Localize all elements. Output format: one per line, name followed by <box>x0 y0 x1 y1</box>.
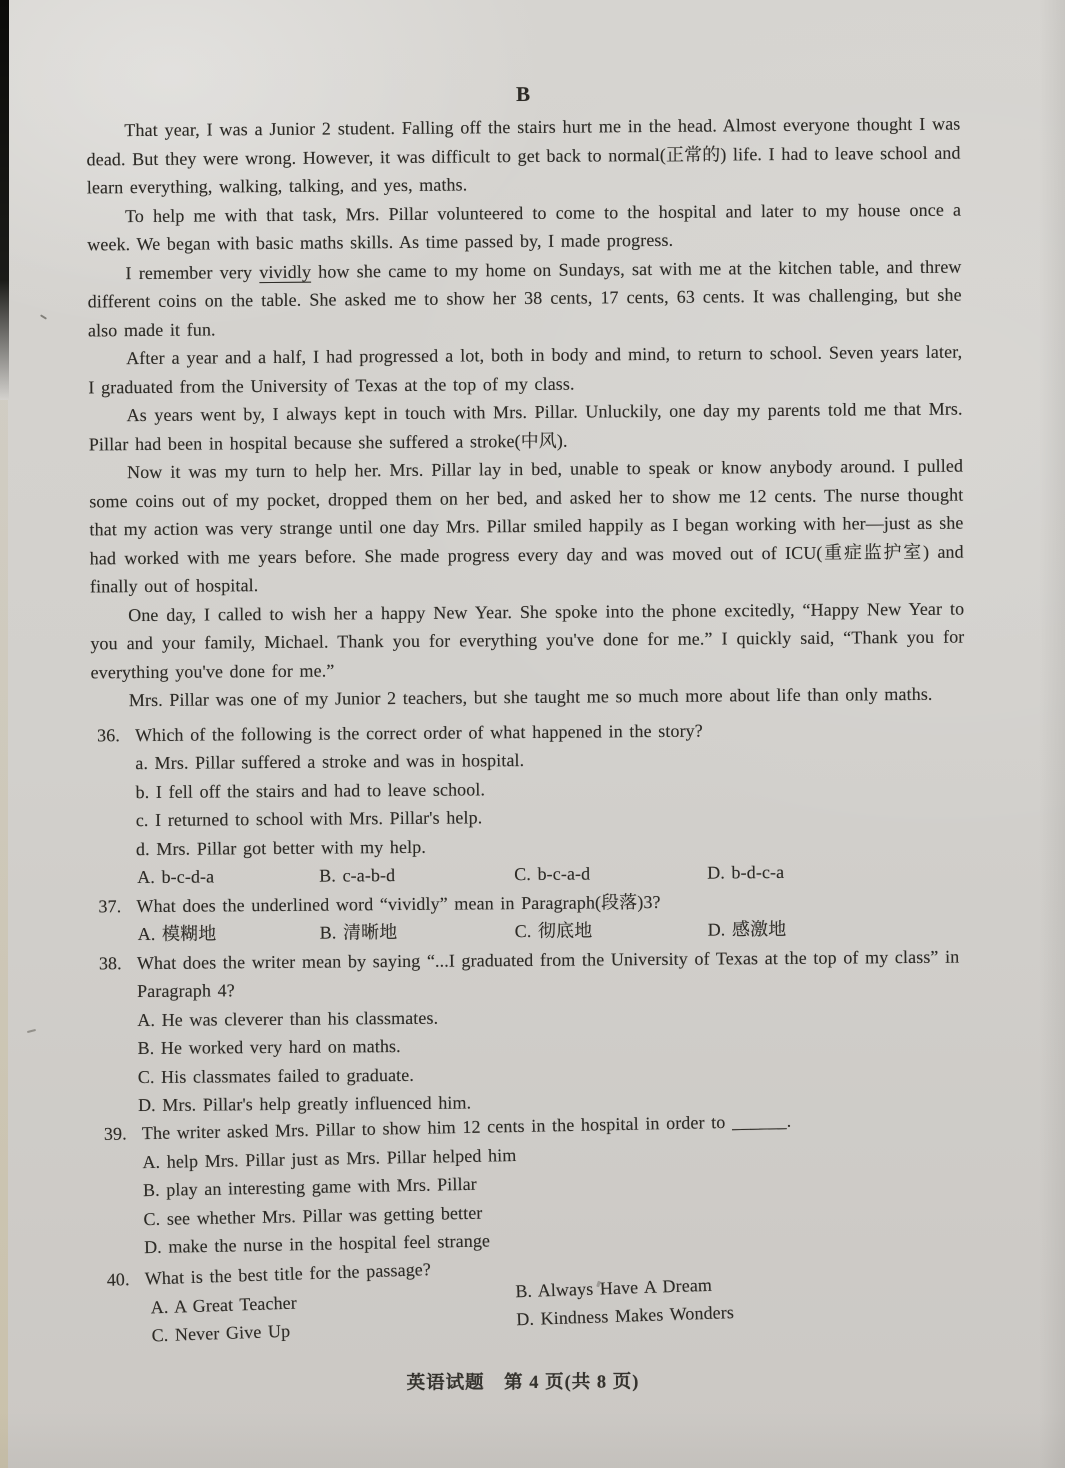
scanned-exam-page: B That year, I was a Junior 2 student. F… <box>0 0 1065 1468</box>
question-37-option-c: C. 彻底地 <box>515 916 593 945</box>
question-38-stem: What does the writer mean by saying “...… <box>137 942 967 1006</box>
passage-paragraph-2: To help me with that task, Mrs. Pillar v… <box>87 195 961 259</box>
question-36-option-d: D. b-d-c-a <box>707 858 784 887</box>
question-37-option-b: B. 清晰地 <box>320 918 398 947</box>
upper-block: B That year, I was a Junior 2 student. F… <box>86 79 968 1120</box>
right-edge-shade <box>1039 0 1065 1468</box>
passage-paragraph-6: Now it was my turn to help her. Mrs. Pil… <box>89 452 964 601</box>
passage-paragraph-3: I remember very vividly how she came to … <box>87 252 962 344</box>
page-edge-shadow <box>0 400 8 1468</box>
question-39-block: 39. The writer asked Mrs. Pillar to show… <box>98 1103 962 1262</box>
passage-paragraph-4: After a year and a half, I had progresse… <box>88 338 962 402</box>
scanner-edge-strip <box>0 0 9 400</box>
section-label: B <box>86 79 960 110</box>
passage-paragraph-5: As years went by, I always kept in touch… <box>88 395 962 459</box>
scan-speck <box>27 1029 36 1033</box>
underlined-word-vividly: vividly <box>259 261 311 281</box>
bottom-edge-shade <box>0 1412 1065 1468</box>
question-38: 38. What does the writer mean by saying … <box>93 942 968 1120</box>
question-39: 39. The writer asked Mrs. Pillar to show… <box>98 1103 962 1262</box>
question-36-option-c: C. b-c-a-d <box>514 859 590 888</box>
passage-paragraph-7: One day, I called to wish her a happy Ne… <box>90 594 965 686</box>
question-36: 36. Which of the following is the correc… <box>91 714 966 863</box>
passage-paragraph-8: Mrs. Pillar was one of my Junior 2 teach… <box>91 680 965 715</box>
question-37-option-d: D. 感激地 <box>708 915 787 944</box>
question-39-number: 39. <box>104 1119 127 1148</box>
question-38-number: 38. <box>99 949 122 978</box>
question-37-option-a: A. 模糊地 <box>138 919 217 948</box>
page-content: B That year, I was a Junior 2 student. F… <box>86 82 960 1352</box>
question-36-number: 36. <box>97 721 120 750</box>
question-40-option-c: C. Never Give Up <box>151 1317 290 1350</box>
question-37-number: 37. <box>98 892 121 921</box>
question-36-option-a: A. b-c-d-a <box>137 862 214 891</box>
question-40-number: 40. <box>106 1265 130 1294</box>
scan-speck <box>40 314 47 319</box>
question-36-option-b: B. c-a-b-d <box>319 861 395 890</box>
passage-paragraph-1: That year, I was a Junior 2 student. Fal… <box>86 110 961 202</box>
question-40-option-d: D. Kindness Makes Wonders <box>516 1298 735 1334</box>
paragraph3-before: I remember very <box>125 262 259 283</box>
page-footer: 英语试题 第 4 页(共 8 页) <box>86 1366 960 1397</box>
